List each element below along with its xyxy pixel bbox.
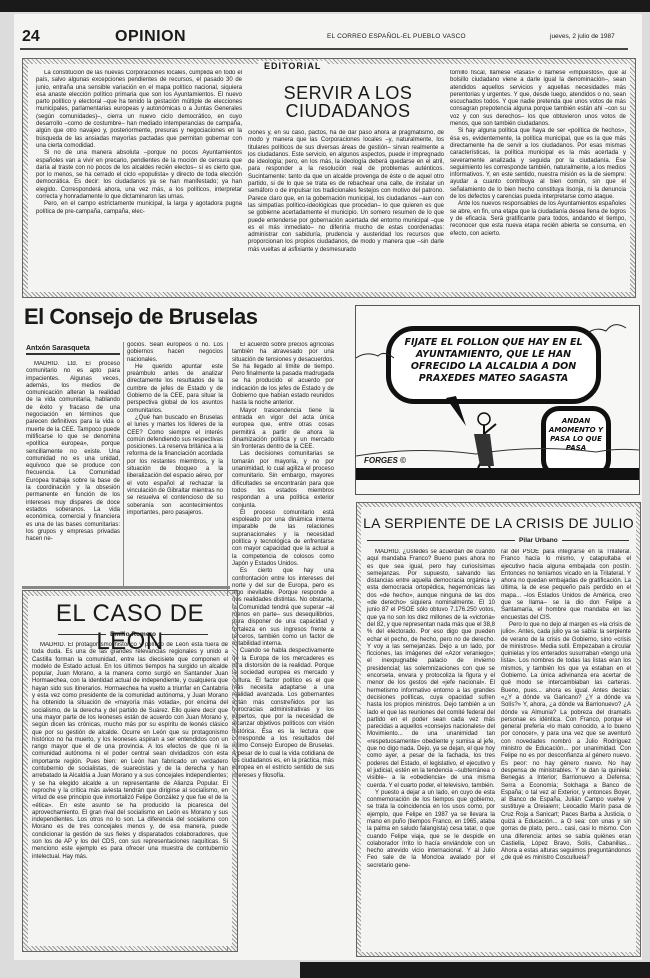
- paragraph: Si hay alguna política que haya de ser «…: [450, 128, 626, 201]
- paragraph: El acuerdo sobre precios agrícolas tambi…: [232, 342, 334, 408]
- paragraph: Si no de una manera absoluta –porque no …: [36, 150, 242, 201]
- leon-body: MADRID. El protagonismo histórico y polí…: [32, 642, 228, 944]
- divider: [22, 586, 230, 589]
- serpiente-column-1: MADRID. ¿Ustedes se acuerdan de cuando a…: [367, 549, 495, 949]
- paragraph: He querido apuntar este preámbulo antes …: [127, 364, 223, 415]
- editorial-label: EDITORIAL: [258, 61, 327, 71]
- column-rule: [123, 342, 124, 587]
- paragraph: ¿Qué han buscado en Bruselas el lunes y …: [127, 415, 223, 517]
- paragraph: MADRID. El protagonismo histórico y polí…: [32, 642, 228, 861]
- rule: [367, 540, 515, 541]
- editorial-inner: EDITORIAL SERVIR A LOS CIUDADANOS La con…: [28, 64, 630, 292]
- leon-box: EL CASO DE LEON Emilio Romero MADRID. El…: [22, 590, 238, 952]
- rule: [58, 634, 106, 635]
- editorial-box: EDITORIAL SERVIR A LOS CIUDADANOS La con…: [22, 58, 636, 298]
- paragraph: El proceso comunitario está espoleado po…: [232, 510, 334, 568]
- paragraph: La constitución de las nuevas Corporacio…: [36, 70, 242, 150]
- cartoon-drawing-icon: [356, 306, 639, 494]
- page-number: 24: [22, 28, 40, 46]
- cartoon-ground: [356, 468, 639, 480]
- paragraph: Cuando se habla despectivamente de la Eu…: [232, 648, 334, 779]
- rule: [160, 634, 208, 635]
- editorial-title: SERVIR A LOS CIUDADANOS: [258, 84, 438, 120]
- paragraph: tornillo fiscal, llámese «tasas» o lláme…: [450, 70, 626, 128]
- paragraph: ral del PSOE para integrarse en la Trila…: [501, 549, 631, 622]
- serpiente-box: LA SERPIENTE DE LA CRISIS DE JULIO Pilar…: [356, 502, 641, 957]
- serpiente-inner: LA SERPIENTE DE LA CRISIS DE JULIO Pilar…: [361, 507, 636, 952]
- article-byline: Emilio Romero: [110, 631, 156, 638]
- article-headline: El Consejo de Bruselas: [24, 304, 258, 330]
- newspaper-name: EL CORREO ESPAÑOL-EL PUEBLO VASCO: [327, 33, 466, 40]
- cartoon: FIJATE EL FOLLON QUE HAY EN EL AYUNTAMIE…: [355, 305, 640, 495]
- paragraph: Es cierto que hay una confrontación entr…: [232, 568, 334, 648]
- article-byline-row: Pilar Urbano: [367, 537, 629, 544]
- section-title: OPINION: [115, 28, 186, 46]
- paragraph: MADRID. ¿Ustedes se acuerdan de cuando a…: [367, 549, 495, 790]
- article-byline-row: Emilio Romero: [58, 631, 208, 638]
- serpiente-column-2: ral del PSOE para integrarse en la Trila…: [501, 549, 631, 949]
- cartoon-signature: FORGES ©: [364, 456, 406, 465]
- paragraph: Y puesto a dejar a un lado, en cuyo de e…: [367, 790, 495, 870]
- paragraph: gocios. Sean europeos o no. Los gobierno…: [127, 342, 223, 364]
- paragraph: Ante los nuevos responsables de los Ayun…: [450, 201, 626, 237]
- consejo-column-1: MADRID. Ltd. El proceso comunitario no e…: [26, 361, 120, 583]
- issue-date: jueves, 2 julio de 1987: [550, 33, 615, 40]
- paragraph: MADRID. Ltd. El proceso comunitario no e…: [26, 361, 120, 543]
- editorial-column-3: tornillo fiscal, llámese «tasas» o lláme…: [450, 70, 626, 290]
- editorial-column-2: ciones y, en su caso, pactos, ha de dar …: [248, 130, 444, 290]
- paragraph: Mayor trascendencia tiene la entrada en …: [232, 408, 334, 452]
- rule: [562, 540, 629, 541]
- editorial-column-1: La constitución de las nuevas Corporacio…: [36, 70, 242, 290]
- leon-inner: EL CASO DE LEON Emilio Romero MADRID. El…: [28, 596, 232, 946]
- paragraph: Las decisiones comunitarias se tomarán p…: [232, 451, 334, 509]
- scan-top-edge: [0, 0, 650, 12]
- paragraph: Pero lo que no dejo al margen es «la cri…: [501, 622, 631, 863]
- article-byline: Antxón Sarasqueta: [26, 345, 120, 355]
- paragraph: Pero, en el campo estrictamente municipa…: [36, 201, 242, 216]
- article-headline: LA SERPIENTE DE LA CRISIS DE JULIO: [361, 515, 636, 531]
- article-byline: Pilar Urbano: [519, 537, 558, 544]
- page-header: 24 OPINION EL CORREO ESPAÑOL-EL PUEBLO V…: [20, 28, 628, 50]
- scan-bottom-edge: [300, 962, 650, 978]
- paragraph: ciones y, en su caso, pactos, ha de dar …: [248, 130, 444, 254]
- consejo-column-2: gocios. Sean europeos o no. Los gobierno…: [127, 342, 223, 587]
- consejo-column-3: El acuerdo sobre precios agrícolas tambi…: [232, 342, 334, 950]
